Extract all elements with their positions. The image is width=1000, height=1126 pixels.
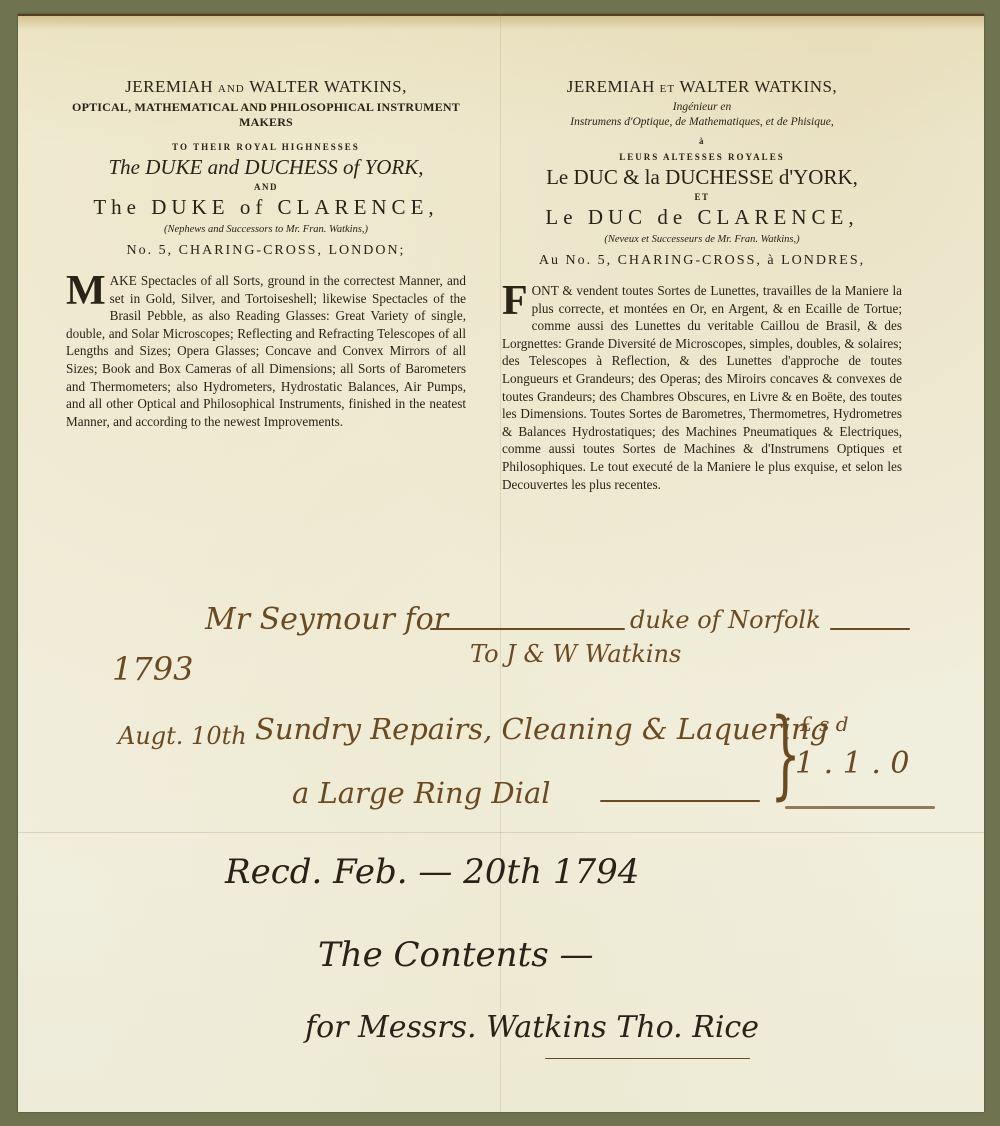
firm-name-part: JEREMIAH [125,77,213,96]
shop-address: Au No. 5, CHARING-CROSS, à LONDRES, [502,250,902,272]
handwritten-customer: Mr Seymour for [205,602,448,637]
royal-patron-1: The DUKE and DUCHESS of YORK, [66,154,466,180]
firm-name-conjunction: ET [660,83,675,95]
drop-cap: F [502,284,528,318]
firm-name: JEREMIAH AND WALTER WATKINS, [66,76,466,100]
handwritten-date: Augt. 10th [118,722,247,750]
royal-dedication: TO THEIR ROYAL HIGHNESSES [66,140,466,154]
description-text: ONT & vendent toutes Sortes de Lunettes,… [502,283,902,492]
description-text: AKE Spectacles of all Sorts, ground in t… [66,273,466,429]
fold-line-horizontal [18,832,984,833]
and-separator: AND [66,180,466,194]
successors-note: (Neveux et Successeurs de Mr. Fran. Watk… [502,232,902,248]
handwritten-receipt-date: Recd. Feb. — 20th 1794 [225,852,639,892]
drop-cap: M [66,274,106,308]
occupation-line-1: Ingénieur en [502,100,902,115]
handwritten-dash [830,628,910,630]
handwritten-year: 1793 [112,650,193,688]
shop-address: No. 5, CHARING-CROSS, LONDON; [66,240,466,262]
handwritten-signature: for Messrs. Watkins Tho. Rice [305,1010,759,1045]
firm-name: JEREMIAH ET WALTER WATKINS, [502,76,902,100]
currency-header: £ s d [800,712,849,736]
occupation-line-2: Instrumens d'Optique, de Mathematiques, … [502,115,902,130]
royal-patron-2: The DUKE of CLARENCE, [66,194,466,220]
royal-patron-2: Le DUC de CLARENCE, [502,204,902,230]
firm-name-part: WALTER WATKINS, [680,77,838,96]
handwritten-contents: The Contents — [318,935,594,975]
invoice-amount: 1 . 1 . 0 [795,746,909,781]
firm-name-conjunction: AND [218,83,245,95]
firm-name-part: WALTER WATKINS, [249,77,407,96]
french-trade-card: JEREMIAH ET WALTER WATKINS, Ingénieur en… [502,76,902,493]
royal-dedication: LEURS ALTESSES ROYALES [502,150,902,164]
handwritten-item-line-2: a Large Ring Dial [292,776,551,810]
english-trade-card: JEREMIAH AND WALTER WATKINS, OPTICAL, MA… [66,76,466,430]
preposition: à [502,134,902,148]
and-separator: ET [502,190,902,204]
product-description: FONT & vendent toutes Sortes de Lunettes… [502,282,902,493]
handwritten-dash [430,628,625,630]
product-description: MAKE Spectacles of all Sorts, ground in … [66,272,466,430]
occupation-line-2: MAKERS [66,115,466,130]
royal-patron-1: Le DUC & la DUCHESSE d'YORK, [502,164,902,190]
signature-underline [545,1058,750,1059]
handwritten-dash [600,800,760,802]
torn-top-edge [18,14,984,30]
handwritten-to-vendor: To J & W Watkins [470,640,681,668]
firm-name-part: JEREMIAH [567,77,655,96]
handwritten-item-line-1: Sundry Repairs, Cleaning & Laquering [255,712,828,746]
amount-underline [785,806,935,809]
occupation-line-1: OPTICAL, MATHEMATICAL AND PHILOSOPHICAL … [66,100,466,115]
successors-note: (Nephews and Successors to Mr. Fran. Wat… [66,222,466,238]
handwritten-customer-for: duke of Norfolk [630,606,821,634]
